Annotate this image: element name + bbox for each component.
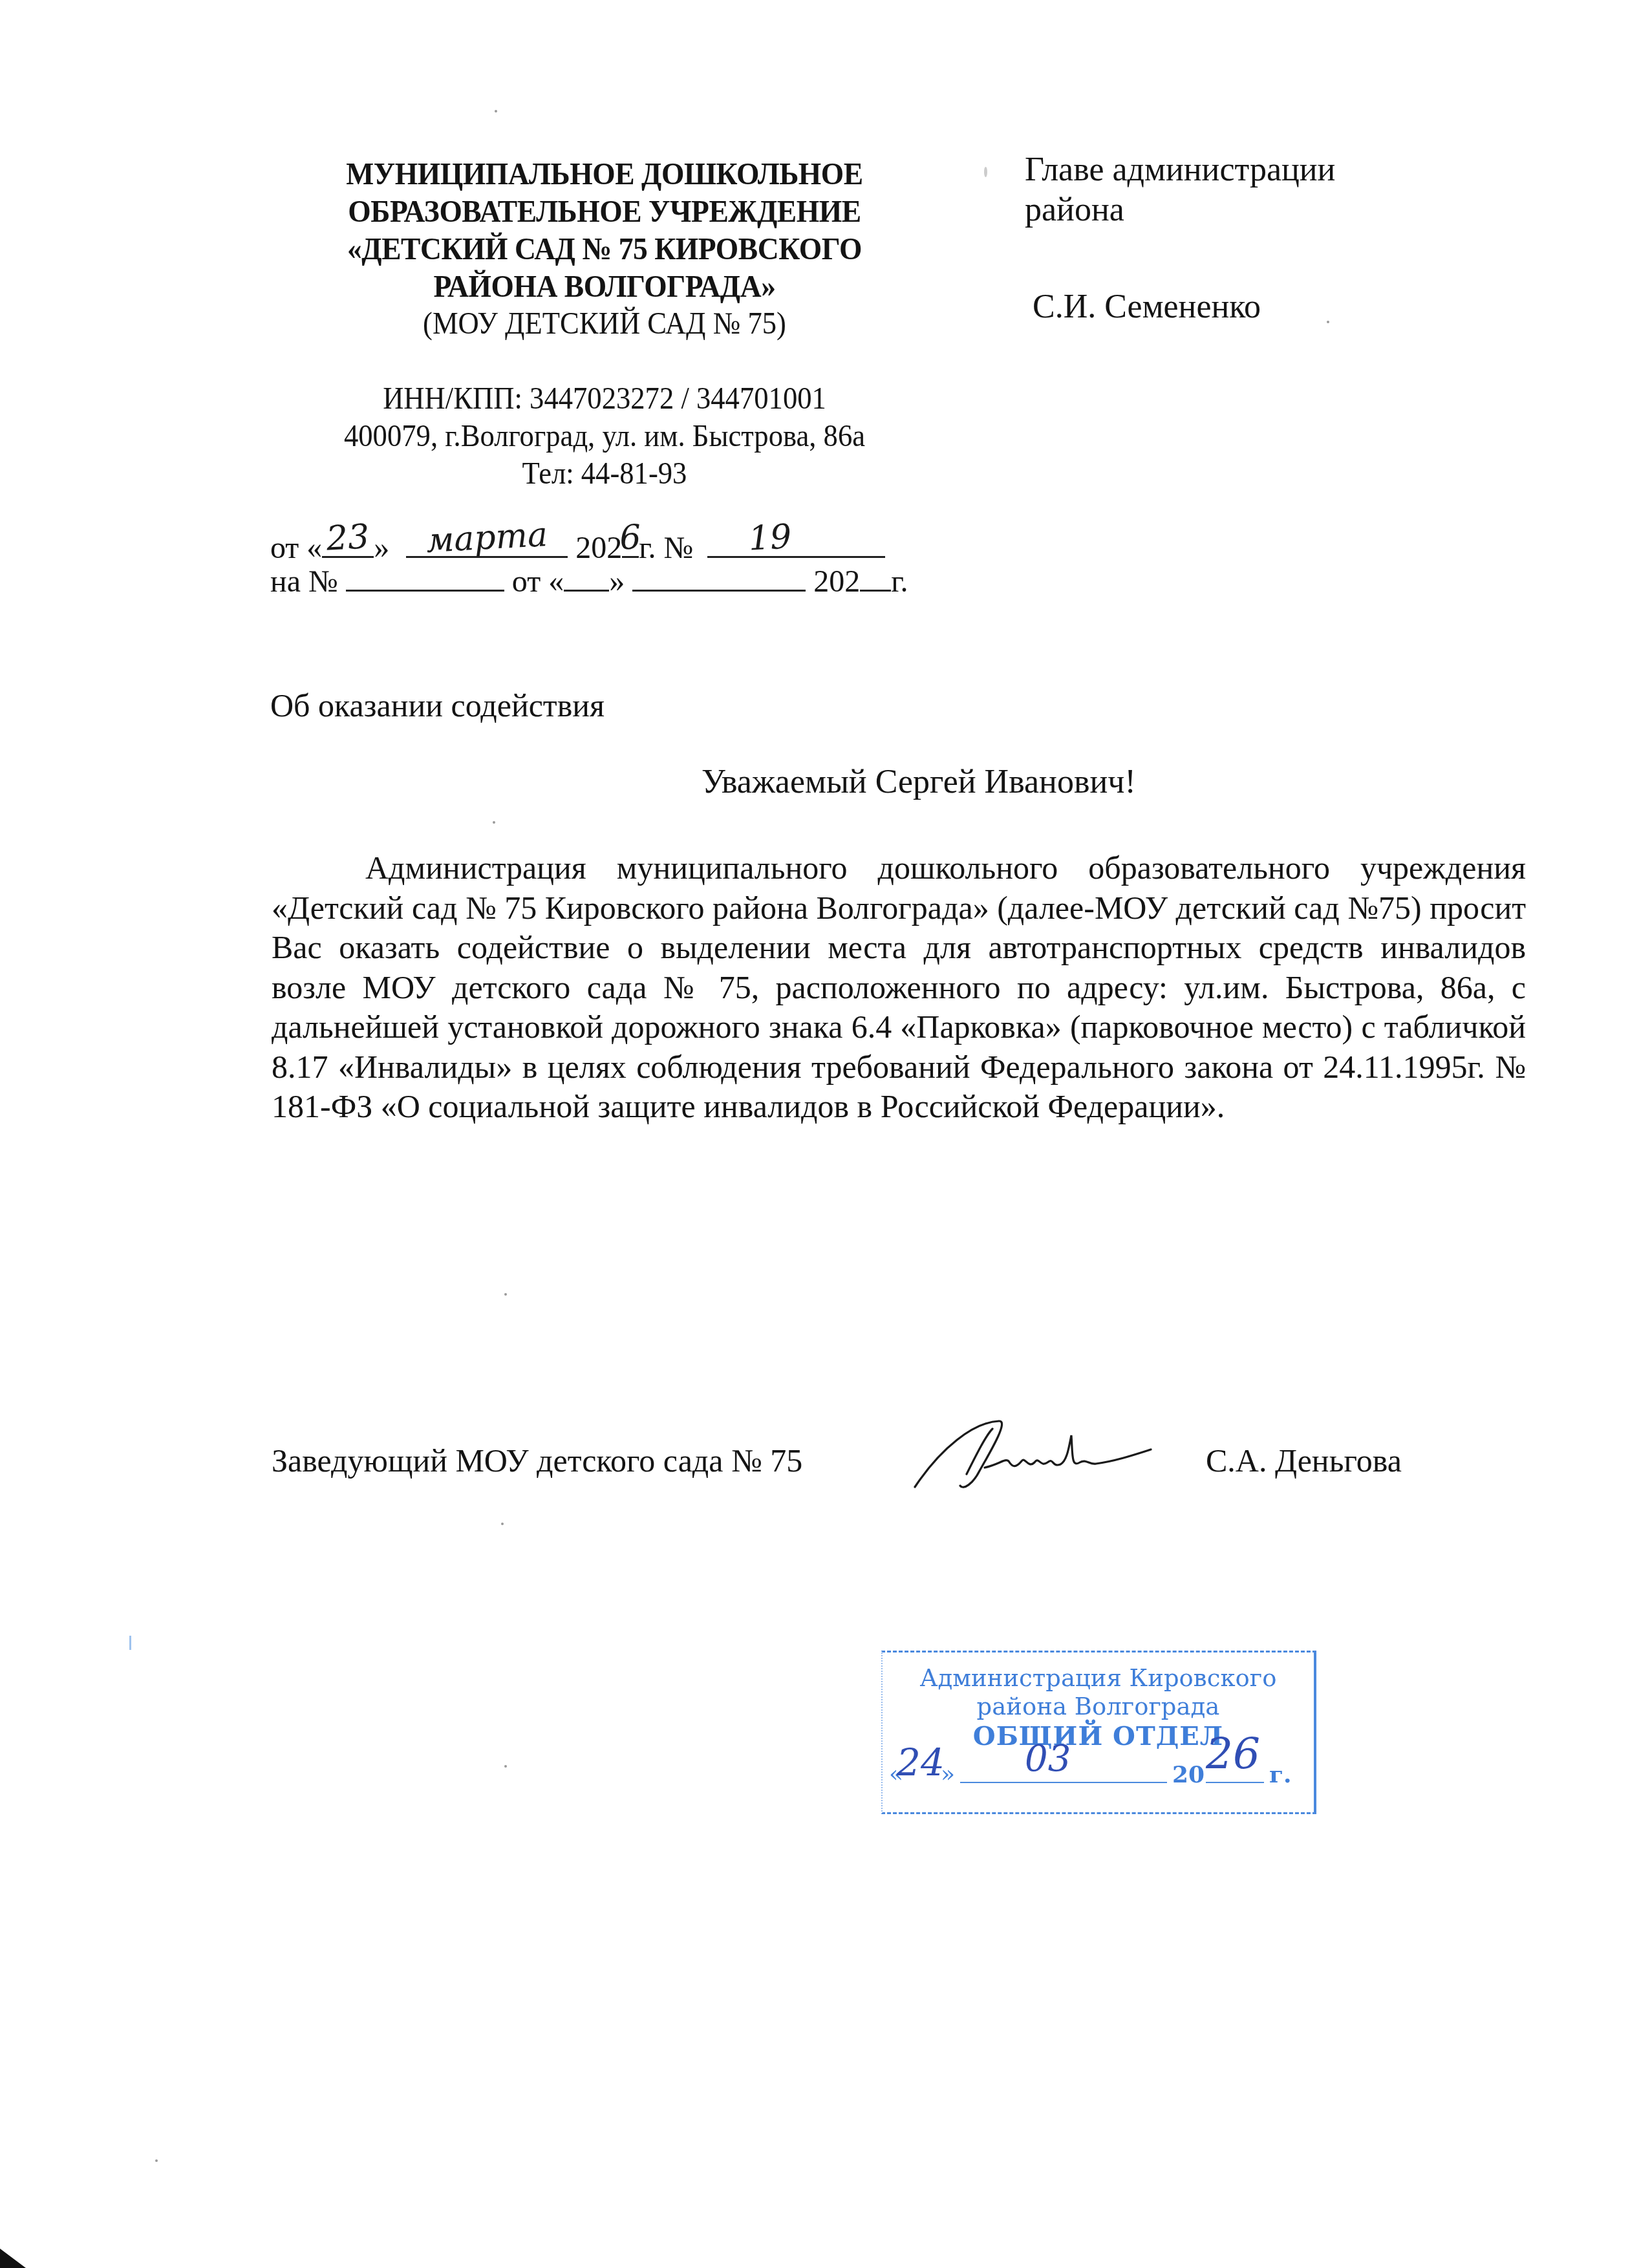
inn-kpp: ИНН/КПП: 3447023272 / 344701001 <box>301 380 908 418</box>
sender-header: МУНИЦИПАЛЬНОЕ ДОШКОЛЬНОЕ ОБРАЗОВАТЕЛЬНОЕ… <box>278 155 931 493</box>
outgoing-number-field[interactable]: 19 <box>707 529 885 558</box>
org-short-name: (МОУ ДЕТСКИЙ САД № 75) <box>301 305 908 343</box>
scan-speck <box>155 2159 158 2162</box>
outgoing-date-row: от «23» марта 2026г. № 19 <box>270 529 908 562</box>
incoming-year-prefix: 202 <box>813 564 860 599</box>
month-field[interactable]: марта <box>406 529 568 558</box>
org-address: 400079, г.Волгоград, ул. им. Быстрова, 8… <box>301 418 908 455</box>
day-field[interactable]: 23 <box>322 529 374 558</box>
handwritten-month: марта <box>425 518 548 558</box>
stamp-handwritten-month: 03 <box>1025 1738 1071 1780</box>
handwritten-number: 19 <box>747 520 792 555</box>
incoming-year-suffix: г. <box>891 564 908 599</box>
scan-speck <box>1327 321 1329 323</box>
addressee-name: С.И. Семененко <box>1025 287 1335 327</box>
close-quote: » <box>374 531 389 565</box>
registration-stamp: Администрация Кировского района Волгогра… <box>881 1651 1316 1814</box>
letter-subject: Об оказании содействия <box>270 687 605 724</box>
stamp-line-2: района Волгограда <box>883 1693 1314 1721</box>
stamp-year-underline <box>1206 1782 1264 1783</box>
stamp-date-row: « 24 » 03 20 26 г. <box>883 1752 1314 1791</box>
incoming-day-field[interactable] <box>564 562 609 592</box>
scan-edge-mark <box>129 1636 131 1650</box>
signatory-position: Заведующий МОУ детского сада № 75 <box>272 1442 802 1479</box>
org-name-line-3: «ДЕТСКИЙ САД № 75 КИРОВСКОГО <box>301 230 908 268</box>
salutation: Уважаемый Сергей Иванович! <box>702 763 1136 801</box>
scan-speck <box>504 1293 507 1296</box>
year-prefix: 202 <box>575 531 622 565</box>
year-suffix-number-label: г. № <box>639 531 693 565</box>
handwritten-day: 23 <box>326 520 370 555</box>
scan-speck <box>504 1765 507 1768</box>
in-reply-to-label: на № <box>270 564 338 599</box>
org-name-line-2: ОБРАЗОВАТЕЛЬНОЕ УЧРЕЖДЕНИЕ <box>301 193 908 230</box>
org-phone: Тел: 44-81-93 <box>301 455 908 493</box>
stamp-year-prefix: 20 <box>1172 1761 1205 1788</box>
stamp-line-1: Администрация Кировского <box>883 1664 1314 1693</box>
handwritten-year-digit: 6 <box>619 520 642 555</box>
incoming-from-label: от « <box>512 564 564 599</box>
registration-block: от «23» марта 2026г. № 19 на № от «» 202… <box>270 529 908 596</box>
scan-speck <box>501 1523 504 1525</box>
stamp-month-underline <box>960 1782 1167 1783</box>
incoming-number-field[interactable] <box>346 562 504 592</box>
addressee-block: Главе администрации района С.И. Семененк… <box>1025 150 1335 327</box>
org-name-line-1: МУНИЦИПАЛЬНОЕ ДОШКОЛЬНОЕ <box>301 155 908 193</box>
year-digit-field[interactable]: 6 <box>622 529 639 558</box>
incoming-month-field[interactable] <box>632 562 806 592</box>
stamp-year-suffix: г. <box>1269 1761 1292 1788</box>
scan-speck <box>493 821 495 824</box>
incoming-ref-row: на № от «» 202г. <box>270 562 908 596</box>
letter-body: Администрация муниципального дошкольного… <box>272 848 1526 1127</box>
signatory-name: С.А. Деньгова <box>1206 1442 1402 1479</box>
scan-corner-artifact <box>0 2249 26 2268</box>
stamp-handwritten-year: 26 <box>1206 1729 1260 1779</box>
spacer <box>278 343 931 380</box>
incoming-year-field[interactable] <box>860 562 891 592</box>
handwritten-signature-icon <box>902 1409 1161 1500</box>
org-name-line-4: РАЙОНА ВОЛГОГРАДА» <box>301 268 908 305</box>
stamp-handwritten-day: 24 <box>897 1740 945 1784</box>
signature-block: Заведующий МОУ детского сада № 75 С.А. Д… <box>272 1429 1500 1493</box>
scan-speck <box>984 167 987 177</box>
stamp-close-quote: » <box>941 1761 955 1788</box>
scan-speck <box>495 110 497 112</box>
addressee-title-line-1: Главе администрации <box>1025 150 1335 190</box>
incoming-close-quote: » <box>609 564 625 599</box>
addressee-title-line-2: района <box>1025 190 1335 230</box>
from-label: от « <box>270 531 322 565</box>
